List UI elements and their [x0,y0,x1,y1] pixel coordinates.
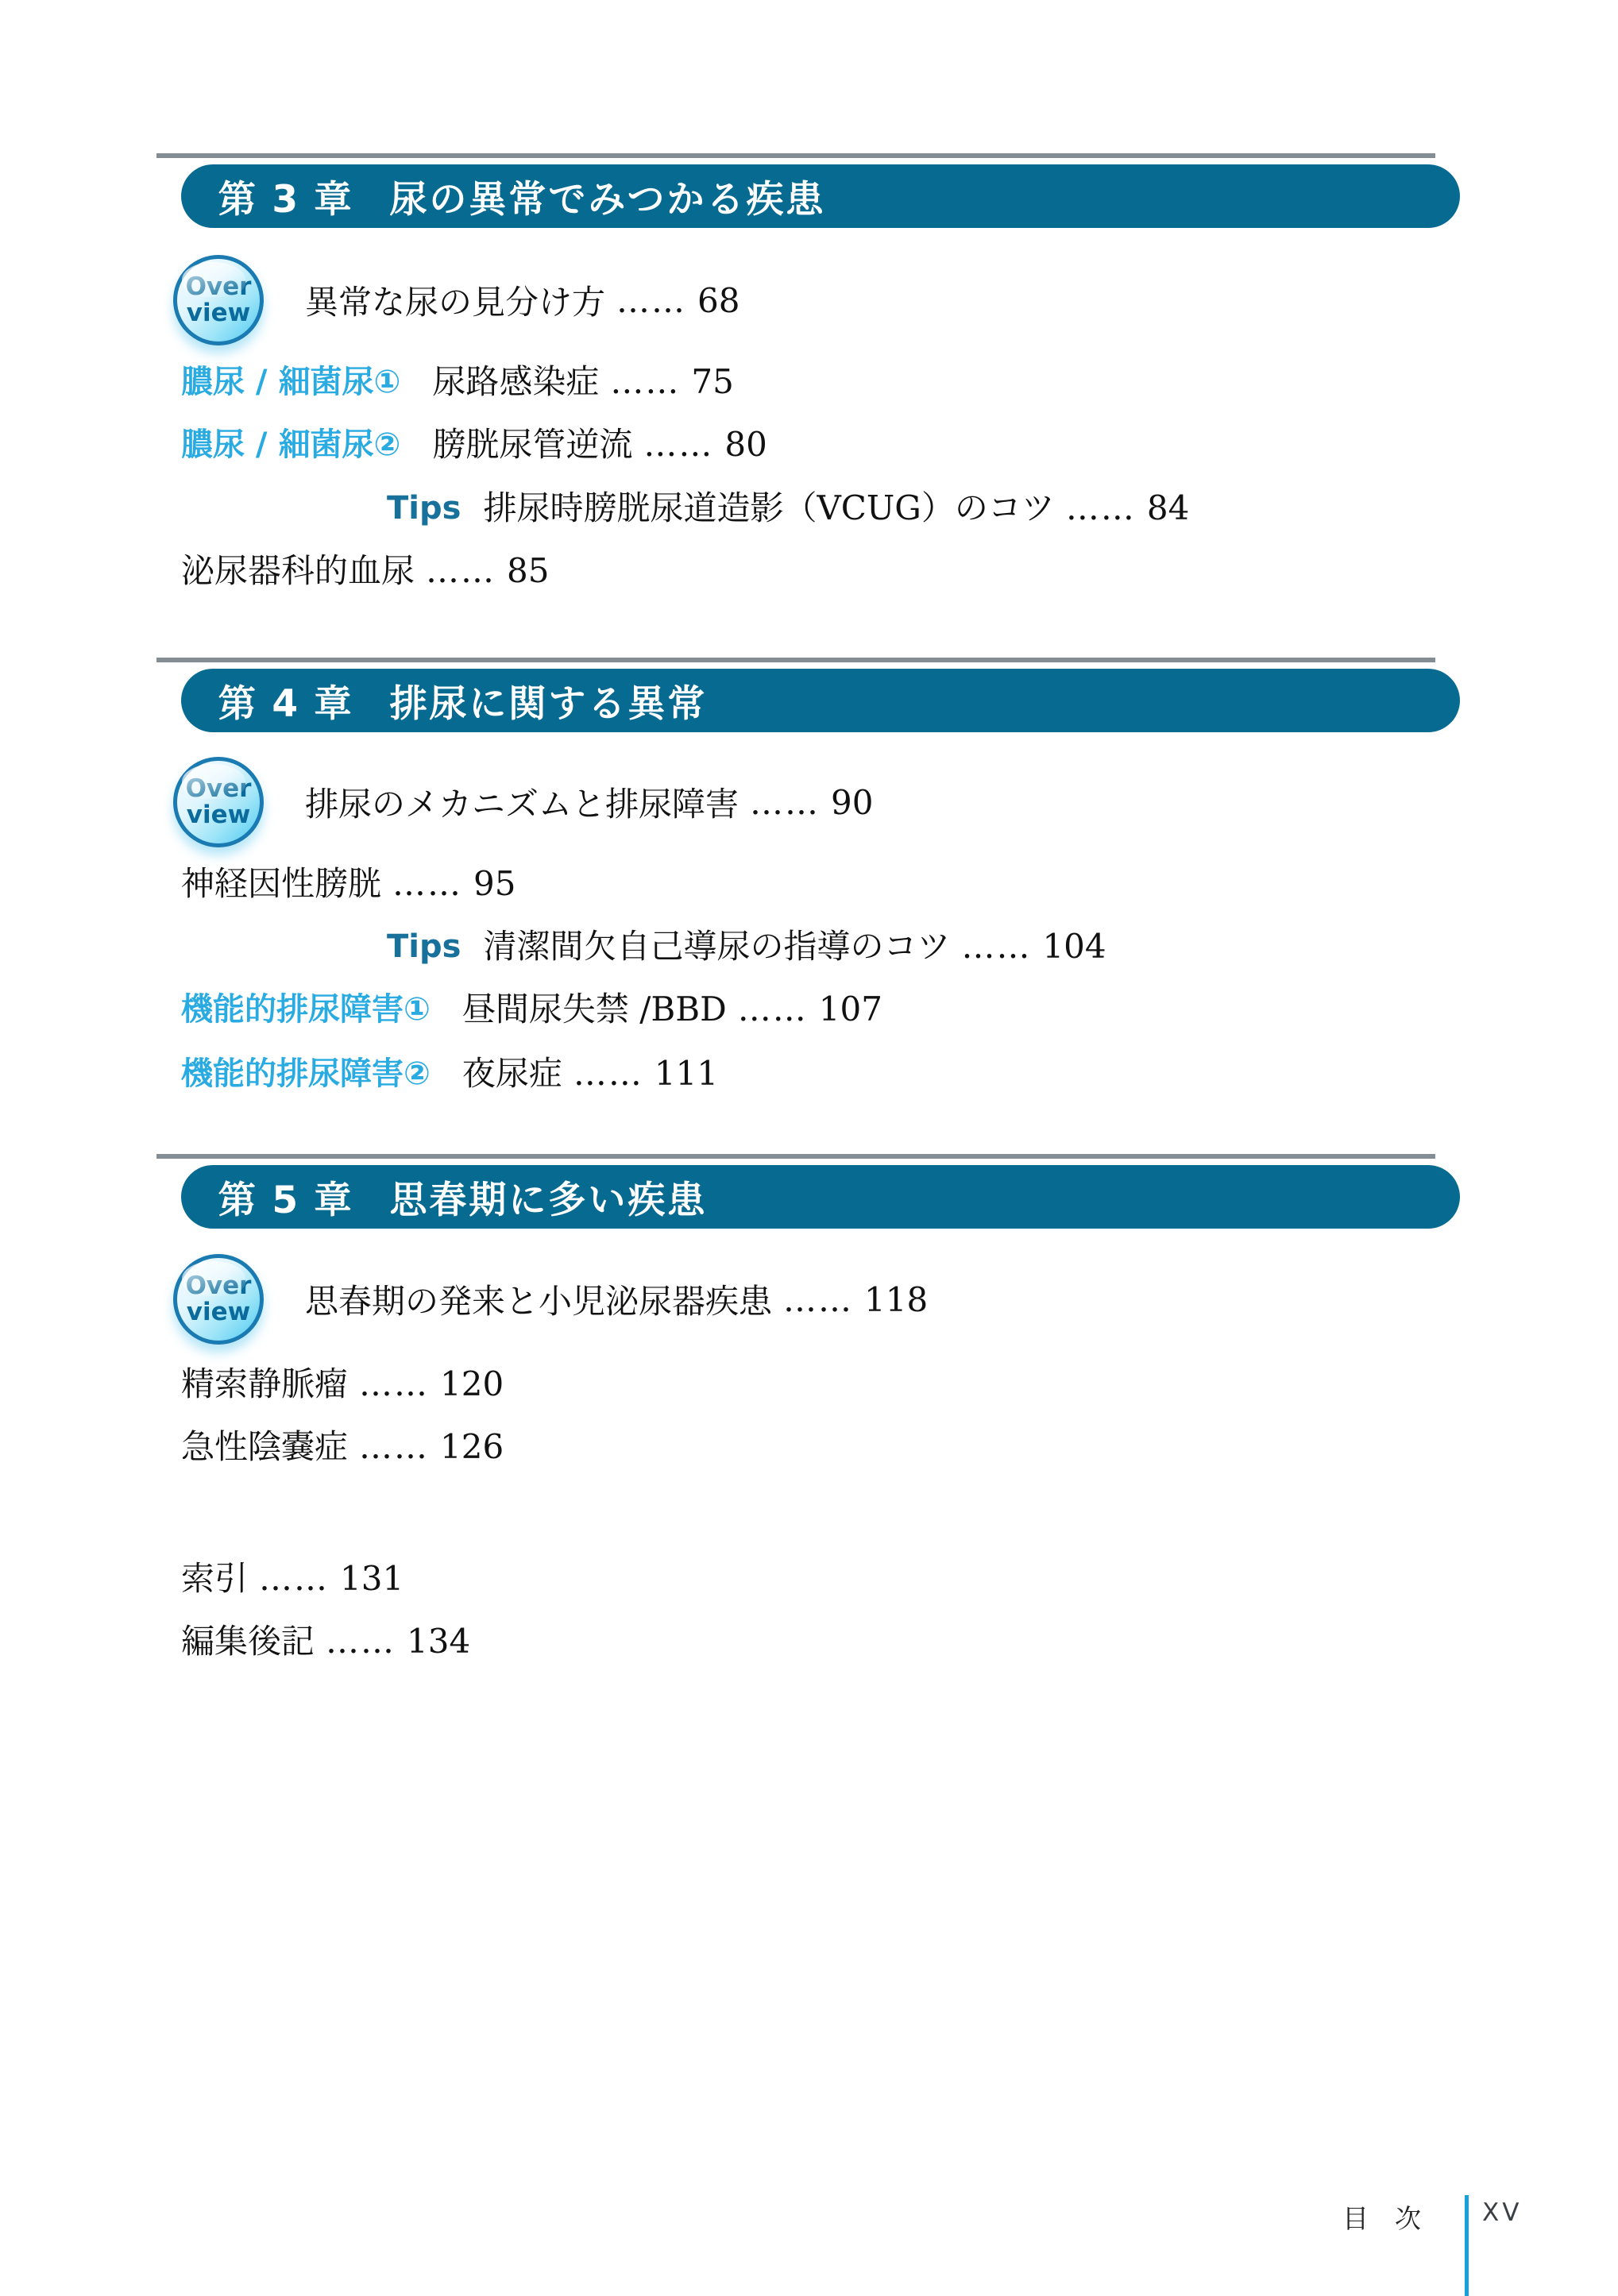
page-number: 84 [1147,487,1189,530]
tips-label: Tips [387,487,461,530]
leader-dots: …… [616,281,686,320]
badge-line-2: view [187,1299,251,1326]
toc-row: 膿尿 / 細菌尿② 膀胱尿管逆流 …… 80 [181,423,1460,466]
overview-badge: Over view [173,255,264,345]
page-number: 134 [407,1620,470,1663]
item-title: 思春期の発来と小児泌尿器疾患 [305,1275,772,1323]
item-title: 膀胱尿管逆流 [432,423,632,466]
chapter-number: 第 3 章 [218,170,353,223]
toc-content: 第 3 章 尿の異常でみつかる疾患 Over view 異常な尿の見分け方 ……… [181,0,1460,1663]
page-number: 107 [819,988,882,1031]
chapter-title: 思春期に多い疾患 [389,1171,707,1224]
toc-row: 精索静脈瘤 …… 120 [181,1363,1460,1406]
badge-line-2: view [187,300,251,326]
chapter-number: 第 5 章 [218,1171,353,1224]
overview-badge: Over view [173,757,264,847]
page-number: 75 [691,361,733,403]
page-number: 120 [440,1363,504,1406]
leader-dots: …… [961,925,1031,968]
page-number: 90 [831,783,873,822]
badge-line-1: Over [186,776,252,802]
page-number: 104 [1042,925,1106,968]
toc-row: 機能的排尿障害① 昼間尿失禁 /BBD …… 107 [181,988,1460,1031]
item-title: 精索静脈瘤 [181,1363,348,1406]
badge-line-1: Over [186,274,252,300]
chapter-5-heading: 第 5 章 思春期に多い疾患 [181,1165,1460,1229]
page-number: 111 [655,1052,718,1095]
item-title: 急性陰嚢症 [181,1426,348,1468]
leader-dots: …… [359,1426,429,1468]
tag-label: 機能的排尿障害① [181,988,431,1031]
toc-row-overview: Over view 異常な尿の見分け方 …… 68 [181,254,1460,346]
toc-row: 神経因性膀胱 …… 95 [181,862,1460,905]
chapter-title: 排尿に関する異常 [389,674,707,727]
leader-dots: …… [259,1557,329,1600]
toc-row-tips: Tips 排尿時膀胱尿道造影（VCUG）のコツ …… 84 [387,487,1460,530]
toc-row: 機能的排尿障害② 夜尿症 …… 111 [181,1052,1460,1095]
item-title: 異常な尿の見分け方 [305,276,605,324]
tips-label: Tips [387,925,461,968]
badge-line-2: view [187,802,251,828]
item-title: 排尿のメカニズムと排尿障害 [305,778,739,826]
footer-section-label: 目 次 [1342,2198,1421,2236]
item-title: 尿路感染症 [432,361,599,403]
overview-badge: Over view [173,1254,264,1345]
tag-label: 膿尿 / 細菌尿① [181,361,400,403]
leader-dots: …… [573,1052,643,1095]
tag-label: 機能的排尿障害② [181,1052,431,1095]
chapter-4-heading: 第 4 章 排尿に関する異常 [181,669,1460,732]
leader-dots: …… [738,988,808,1031]
item-title: 清潔間欠自己導尿の指導のコツ [483,925,950,968]
toc-row-overview: Over view 思春期の発来と小児泌尿器疾患 …… 118 [181,1253,1460,1345]
leader-dots: …… [426,550,496,592]
footer-page-number: XV [1482,2198,1522,2227]
leader-dots: …… [750,783,820,822]
page-number: 118 [864,1280,928,1319]
toc-row-afterword: 編集後記 …… 134 [181,1620,1460,1663]
leader-dots: …… [610,361,680,403]
item-title: 編集後記 [181,1620,315,1663]
toc-row: 泌尿器科的血尿 …… 85 [181,550,1460,592]
leader-dots: …… [643,423,713,466]
toc-row-index: 索引 …… 131 [181,1557,1460,1600]
item-title: 昼間尿失禁 /BBD [462,988,727,1031]
item-title: 泌尿器科的血尿 [181,550,415,592]
toc-row: 膿尿 / 細菌尿① 尿路感染症 …… 75 [181,361,1460,403]
item-title: 夜尿症 [462,1052,562,1095]
leader-dots: …… [392,862,462,905]
toc-row: 急性陰嚢症 …… 126 [181,1426,1460,1468]
tag-label: 膿尿 / 細菌尿② [181,423,400,466]
leader-dots: …… [783,1280,853,1319]
footer-rule [1465,2195,1469,2296]
toc-row-overview: Over view 排尿のメカニズムと排尿障害 …… 90 [181,756,1460,848]
page-number: 80 [724,423,767,466]
item-title: 索引 [181,1557,248,1600]
page-number: 131 [340,1557,404,1600]
chapter-title: 尿の異常でみつかる疾患 [389,170,825,223]
chapter-number: 第 4 章 [218,674,353,727]
page-number: 95 [473,862,516,905]
chapter-3-heading: 第 3 章 尿の異常でみつかる疾患 [181,164,1460,228]
leader-dots: …… [359,1363,429,1406]
toc-row-tips: Tips 清潔間欠自己導尿の指導のコツ …… 104 [387,925,1460,968]
badge-line-1: Over [186,1273,252,1299]
item-title: 排尿時膀胱尿道造影（VCUG）のコツ [483,487,1054,530]
leader-dots: …… [1066,487,1136,530]
page-number: 68 [697,281,739,320]
page-number: 126 [440,1426,504,1468]
page-number: 85 [507,550,549,592]
toc-page: 第 3 章 尿の異常でみつかる疾患 Over view 異常な尿の見分け方 ……… [0,0,1618,2296]
item-title: 神経因性膀胱 [181,862,381,905]
leader-dots: …… [326,1620,396,1663]
